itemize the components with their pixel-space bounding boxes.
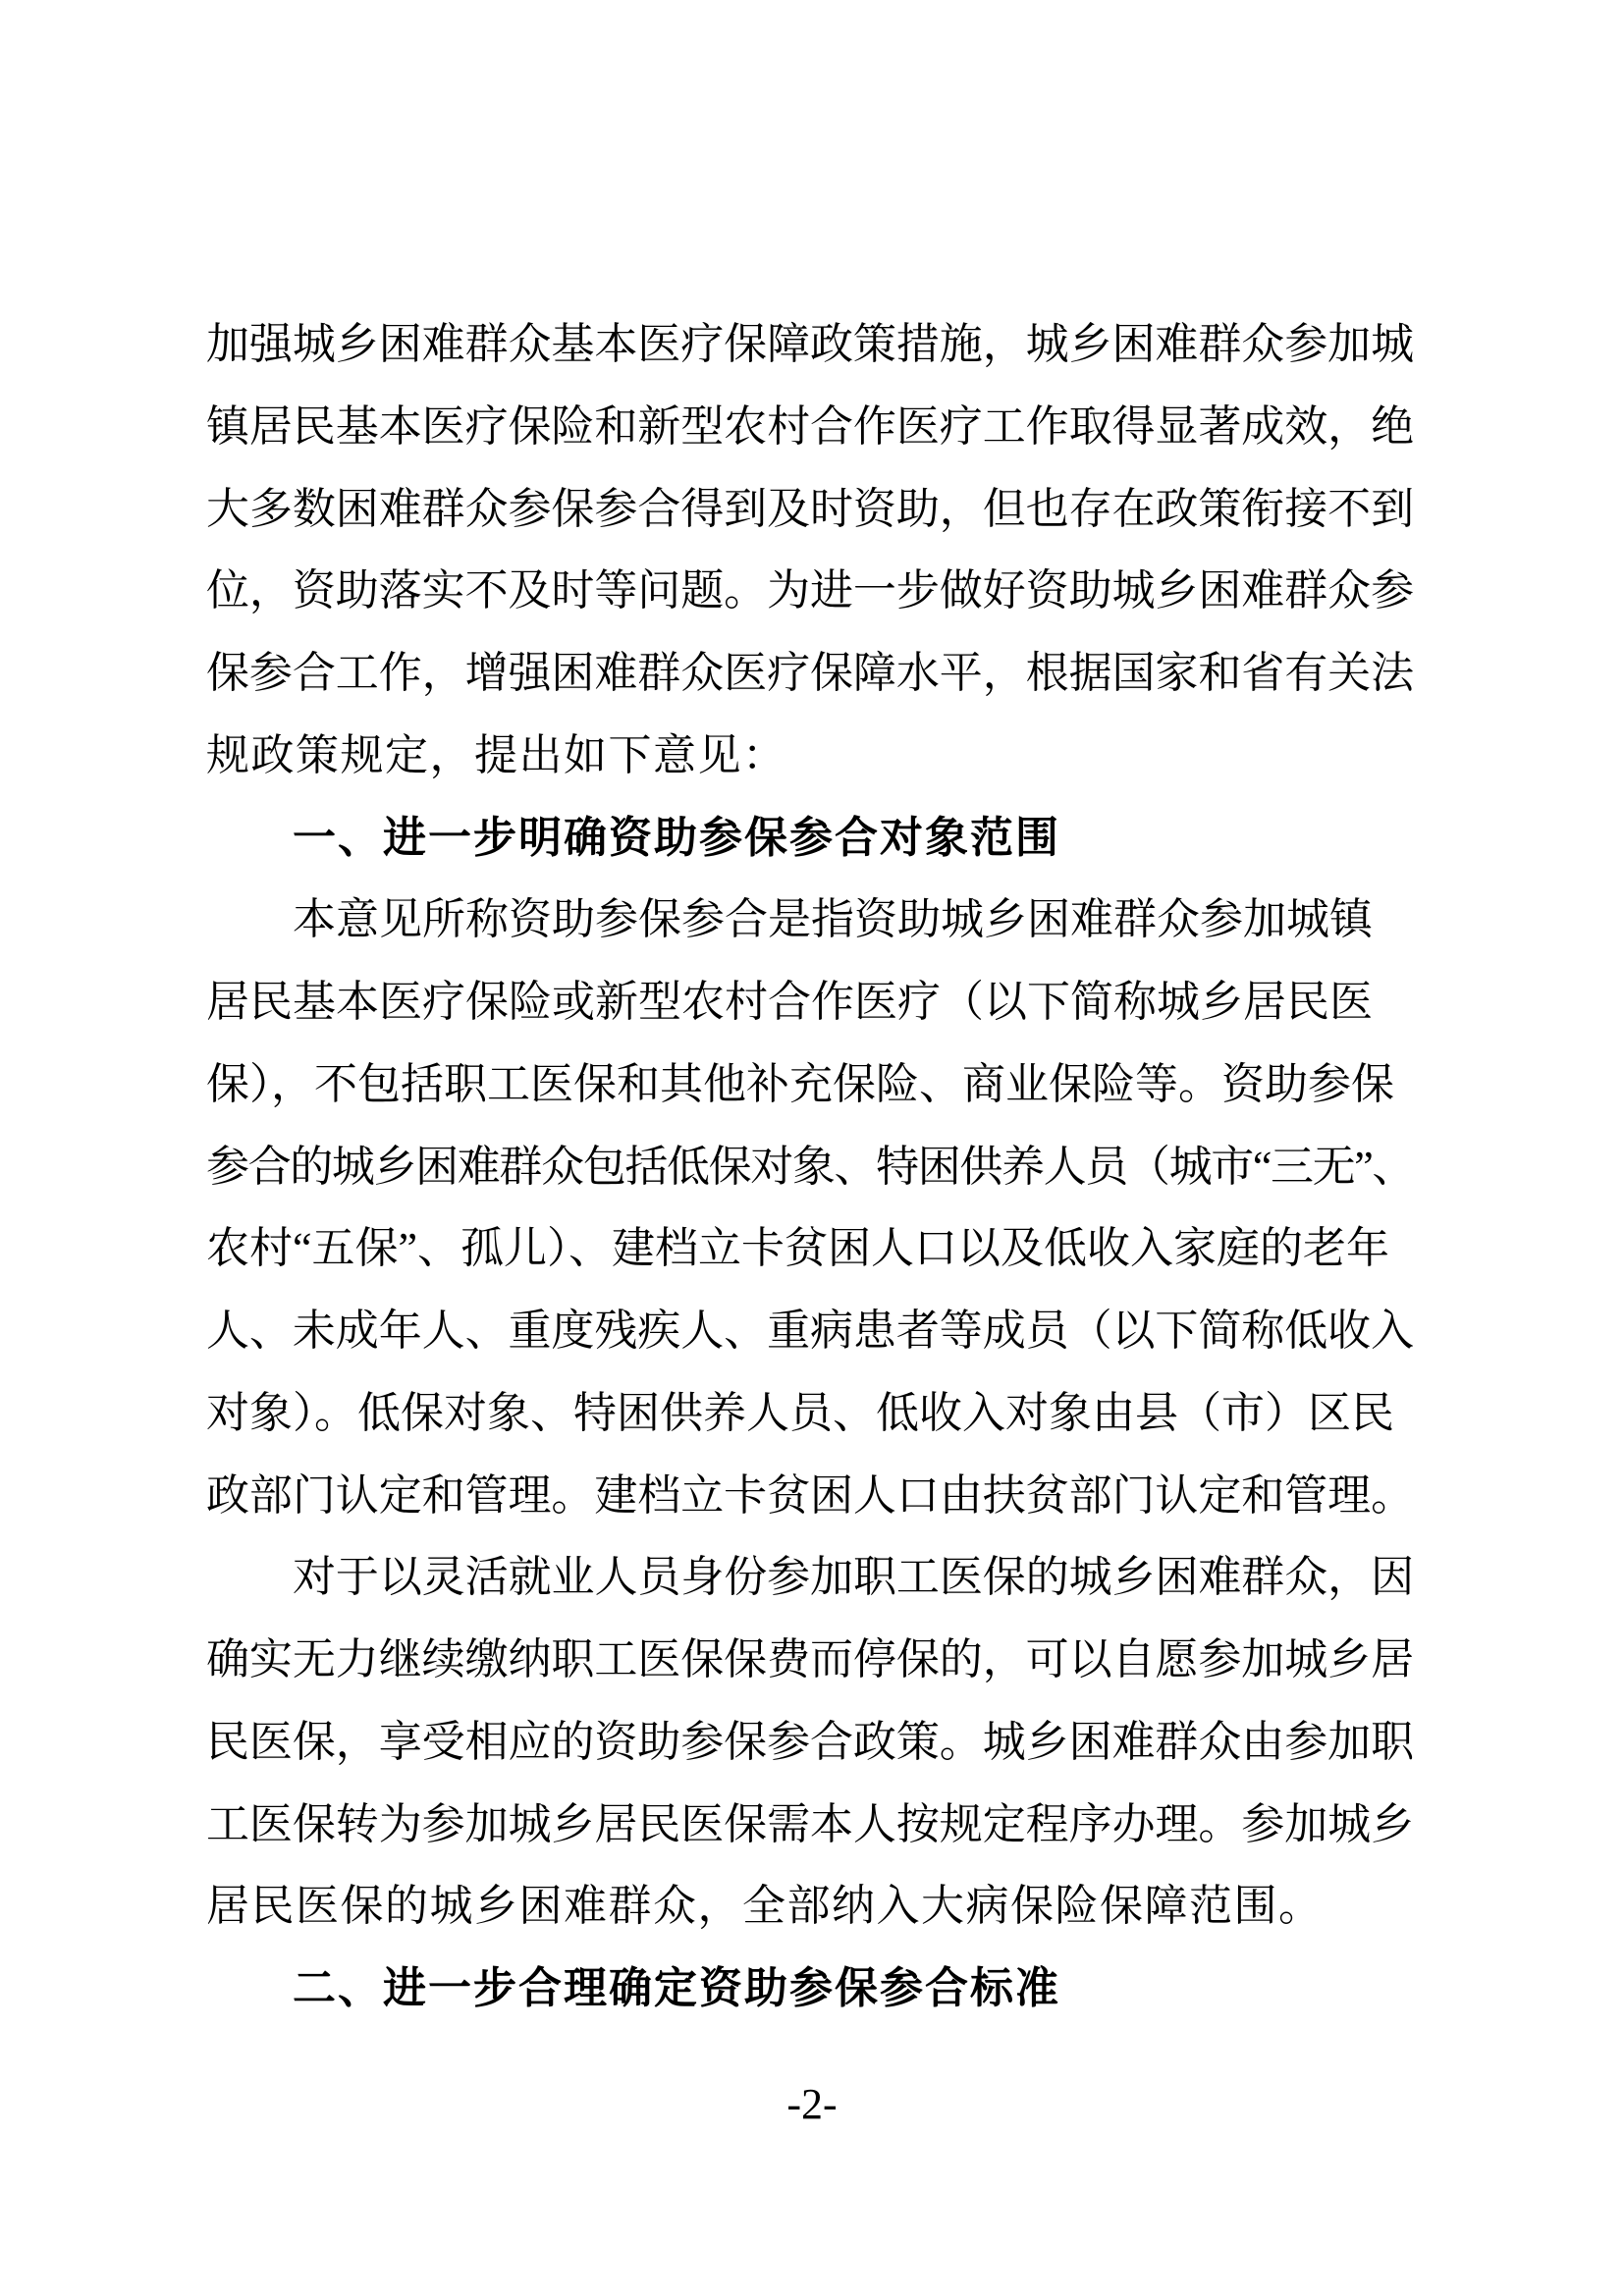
- text-line: 人、未成年人、重度残疾人、重病患者等成员（以下简称低收入: [206, 1290, 1414, 1372]
- text-line: 居民基本医疗保险或新型农村合作医疗（以下简称城乡居民医: [206, 961, 1414, 1043]
- text-line: 农村“五保”、孤儿）、建档立卡贫困人口以及低收入家庭的老年: [206, 1207, 1414, 1290]
- text-line: 加强城乡困难群众基本医疗保障政策措施，城乡困难群众参加城: [206, 303, 1414, 386]
- text-line: 保），不包括职工医保和其他补充保险、商业保险等。资助参保: [206, 1043, 1414, 1126]
- text-line: 工医保转为参加城乡居民医保需本人按规定程序办理。参加城乡: [206, 1784, 1414, 1866]
- page-number: -2-: [0, 2073, 1624, 2136]
- text-line: 大多数困难群众参保参合得到及时资助，但也存在政策衔接不到: [206, 468, 1414, 551]
- section-heading: 二、进一步合理确定资助参保参合标准: [206, 1948, 1414, 2030]
- text-line: 确实无力继续缴纳职工医保保费而停保的，可以自愿参加城乡居: [206, 1619, 1414, 1701]
- text-line: 镇居民基本医疗保险和新型农村合作医疗工作取得显著成效，绝: [206, 386, 1414, 468]
- text-line: 位，资助落实不及时等问题。为进一步做好资助城乡困难群众参: [206, 550, 1414, 632]
- text-line: 规政策规定，提出如下意见：: [206, 715, 1414, 797]
- section-heading: 一、进一步明确资助参保参合对象范围: [206, 797, 1414, 880]
- document-body: 加强城乡困难群众基本医疗保障政策措施，城乡困难群众参加城镇居民基本医疗保险和新型…: [206, 303, 1414, 2030]
- text-line: 民医保，享受相应的资助参保参合政策。城乡困难群众由参加职: [206, 1701, 1414, 1784]
- text-line: 居民医保的城乡困难群众，全部纳入大病保险保障范围。: [206, 1865, 1414, 1948]
- text-line: 对于以灵活就业人员身份参加职工医保的城乡困难群众，因: [206, 1536, 1414, 1619]
- text-line: 参合的城乡困难群众包括低保对象、特困供养人员（城市“三无”、: [206, 1126, 1414, 1208]
- text-line: 政部门认定和管理。建档立卡贫困人口由扶贫部门认定和管理。: [206, 1455, 1414, 1537]
- text-line: 本意见所称资助参保参合是指资助城乡困难群众参加城镇: [206, 879, 1414, 961]
- text-line: 对象）。低保对象、特困供养人员、低收入对象由县（市）区民: [206, 1372, 1414, 1455]
- document-page: 加强城乡困难群众基本医疗保障政策措施，城乡困难群众参加城镇居民基本医疗保险和新型…: [0, 0, 1624, 2296]
- text-line: 保参合工作，增强困难群众医疗保障水平，根据国家和省有关法: [206, 632, 1414, 715]
